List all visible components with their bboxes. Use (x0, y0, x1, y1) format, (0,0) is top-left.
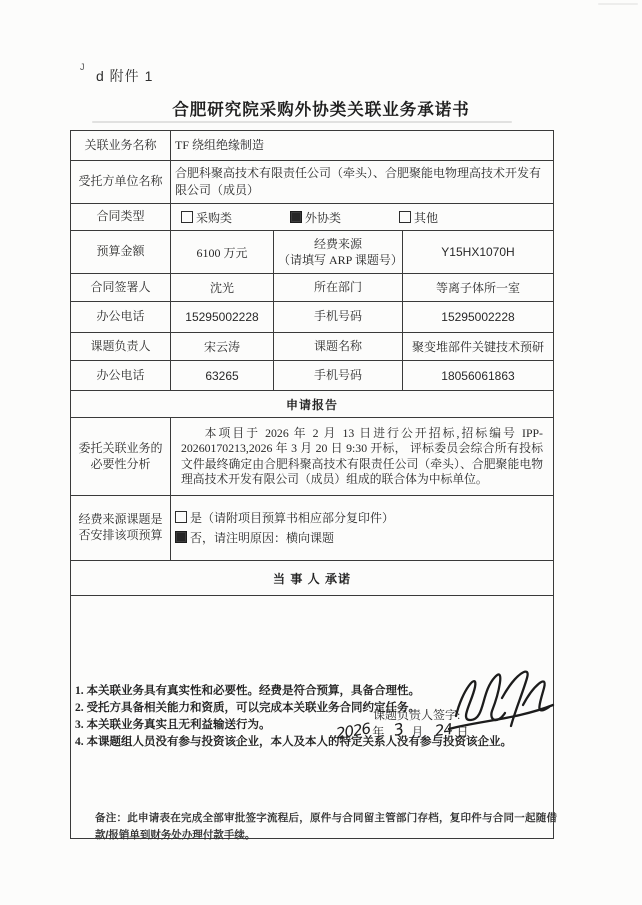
month-unit: 月 (411, 725, 423, 739)
row-signer-phone: 办公电话 15295002228 手机号码 15295002228 (71, 302, 554, 333)
checkbox-no (175, 531, 187, 543)
attachment-label: d 附件 1 (96, 66, 153, 86)
project-name-label: 课题名称 (274, 333, 403, 361)
signer-label: 合同签署人 (71, 274, 171, 302)
mobile-label: 手机号码 (274, 302, 403, 333)
contract-type-option-purchase-label: 采购类 (196, 211, 232, 225)
contract-type-option-outsourcing: 外协类 (290, 209, 341, 226)
checkbox-yes (175, 511, 187, 523)
handwritten-day: 24 (434, 720, 453, 740)
necessity-label: 委托关联业务的必要性分析 (71, 418, 171, 496)
row-trustee: 受托方单位名称 合肥科聚高技术有限责任公司（牵头）、合肥聚能电物理高技术开发有限… (71, 161, 554, 204)
leader-label: 课题负责人 (71, 333, 171, 361)
funding-source-label: 经费来源 （请填写 ARP 课题号） (274, 231, 403, 274)
leader-mobile-value: 18056061863 (403, 361, 554, 391)
leader-mobile-label: 手机号码 (274, 361, 403, 391)
contract-type-option-outsourcing-label: 外协类 (305, 211, 341, 225)
handwritten-month: 3 (392, 719, 405, 739)
checkbox-other (399, 211, 411, 223)
commitment-header: 当 事 人 承诺 (71, 561, 554, 596)
business-name-value: TF 绕组绝缘制造 (171, 131, 554, 161)
row-budget: 预算金额 6100 万元 经费来源 （请填写 ARP 课题号） Y15HX107… (71, 231, 554, 274)
funding-source-label-line1: 经费来源 (314, 237, 362, 251)
budget-value: 6100 万元 (171, 231, 274, 274)
leader-value: 宋云涛 (171, 333, 274, 361)
signature-date: 2026年3月24日 (336, 721, 471, 740)
funding-source-value: Y15HX1070H (403, 231, 554, 274)
contract-type-option-other: 其他 (399, 209, 438, 226)
document-title: 合肥研究院采购外协类关联业务承诺书 (0, 96, 642, 120)
checkbox-outsourcing (290, 211, 302, 223)
department-label: 所在部门 (274, 274, 403, 302)
row-contract-type: 合同类型 采购类 外协类 其他 (71, 204, 554, 231)
budget-arranged-no-option: 否，请注明原因：横向课题 (175, 528, 549, 548)
contract-type-option-other-label: 其他 (414, 211, 438, 225)
handwritten-year: 2026 (335, 719, 372, 742)
budget-arranged-yes-option: 是（请附项目预算书相应部分复印件） (175, 508, 549, 528)
office-phone-value: 15295002228 (171, 302, 274, 333)
signer-value: 沈光 (171, 274, 274, 302)
project-name-value: 聚变堆部件关键技术预研 (403, 333, 554, 361)
trustee-label: 受托方单位名称 (71, 161, 171, 204)
footer-note: 备注：此申请表在完成全部审批签字流程后，原件与合同留主管部门存档，复印件与合同一… (95, 810, 557, 845)
year-unit: 年 (372, 725, 384, 739)
office-phone-label: 办公电话 (71, 302, 171, 333)
row-commitment-header: 当 事 人 承诺 (71, 561, 554, 596)
contract-type-option-purchase: 采购类 (181, 209, 232, 226)
department-value: 等离子体所一室 (403, 274, 554, 302)
leader-office-phone-label: 办公电话 (71, 361, 171, 391)
trustee-value: 合肥科聚高技术有限责任公司（牵头）、合肥聚能电物理高技术开发有限公司（成员） (171, 161, 554, 204)
budget-arranged-yes-label: 是（请附项目预算书相应部分复印件） (190, 511, 394, 525)
row-application-header: 申请报告 (71, 391, 554, 418)
scan-artifact (598, 3, 638, 5)
contract-type-options: 采购类 外协类 其他 (175, 209, 549, 226)
day-unit: 日 (457, 725, 469, 739)
contract-type-label: 合同类型 (71, 204, 171, 231)
row-business-name: 关联业务名称 TF 绕组绝缘制造 (71, 131, 554, 161)
funding-source-label-line2: （请填写 ARP 课题号） (278, 253, 403, 267)
budget-arranged-label: 经费来源课题是否安排该项预算 (71, 496, 171, 561)
budget-label: 预算金额 (71, 231, 171, 274)
necessity-text: 本项目于 2026 年 2 月 13 日进行公开招标,招标编号 IPP-2026… (175, 424, 549, 490)
row-leader-phone: 办公电话 63265 手机号码 18056061863 (71, 361, 554, 391)
mobile-value: 15295002228 (403, 302, 554, 333)
application-report-header: 申请报告 (71, 391, 554, 418)
row-leader: 课题负责人 宋云涛 课题名称 聚变堆部件关键技术预研 (71, 333, 554, 361)
scan-artifact (92, 121, 512, 123)
budget-arranged-no-label: 否，请注明原因：横向课题 (190, 531, 334, 545)
business-name-label: 关联业务名称 (71, 131, 171, 161)
scanned-document-page: J d 附件 1 合肥研究院采购外协类关联业务承诺书 关联业务名称 TF 绕组绝… (0, 0, 642, 905)
row-necessity: 委托关联业务的必要性分析 本项目于 2026 年 2 月 13 日进行公开招标,… (71, 418, 554, 496)
leader-office-phone-value: 63265 (171, 361, 274, 391)
row-signer: 合同签署人 沈光 所在部门 等离子体所一室 (71, 274, 554, 302)
row-budget-arranged: 经费来源课题是否安排该项预算 是（请附项目预算书相应部分复印件） 否，请注明原因… (71, 496, 554, 561)
scan-artifact-mark: J (80, 62, 85, 72)
checkbox-purchase (181, 211, 193, 223)
